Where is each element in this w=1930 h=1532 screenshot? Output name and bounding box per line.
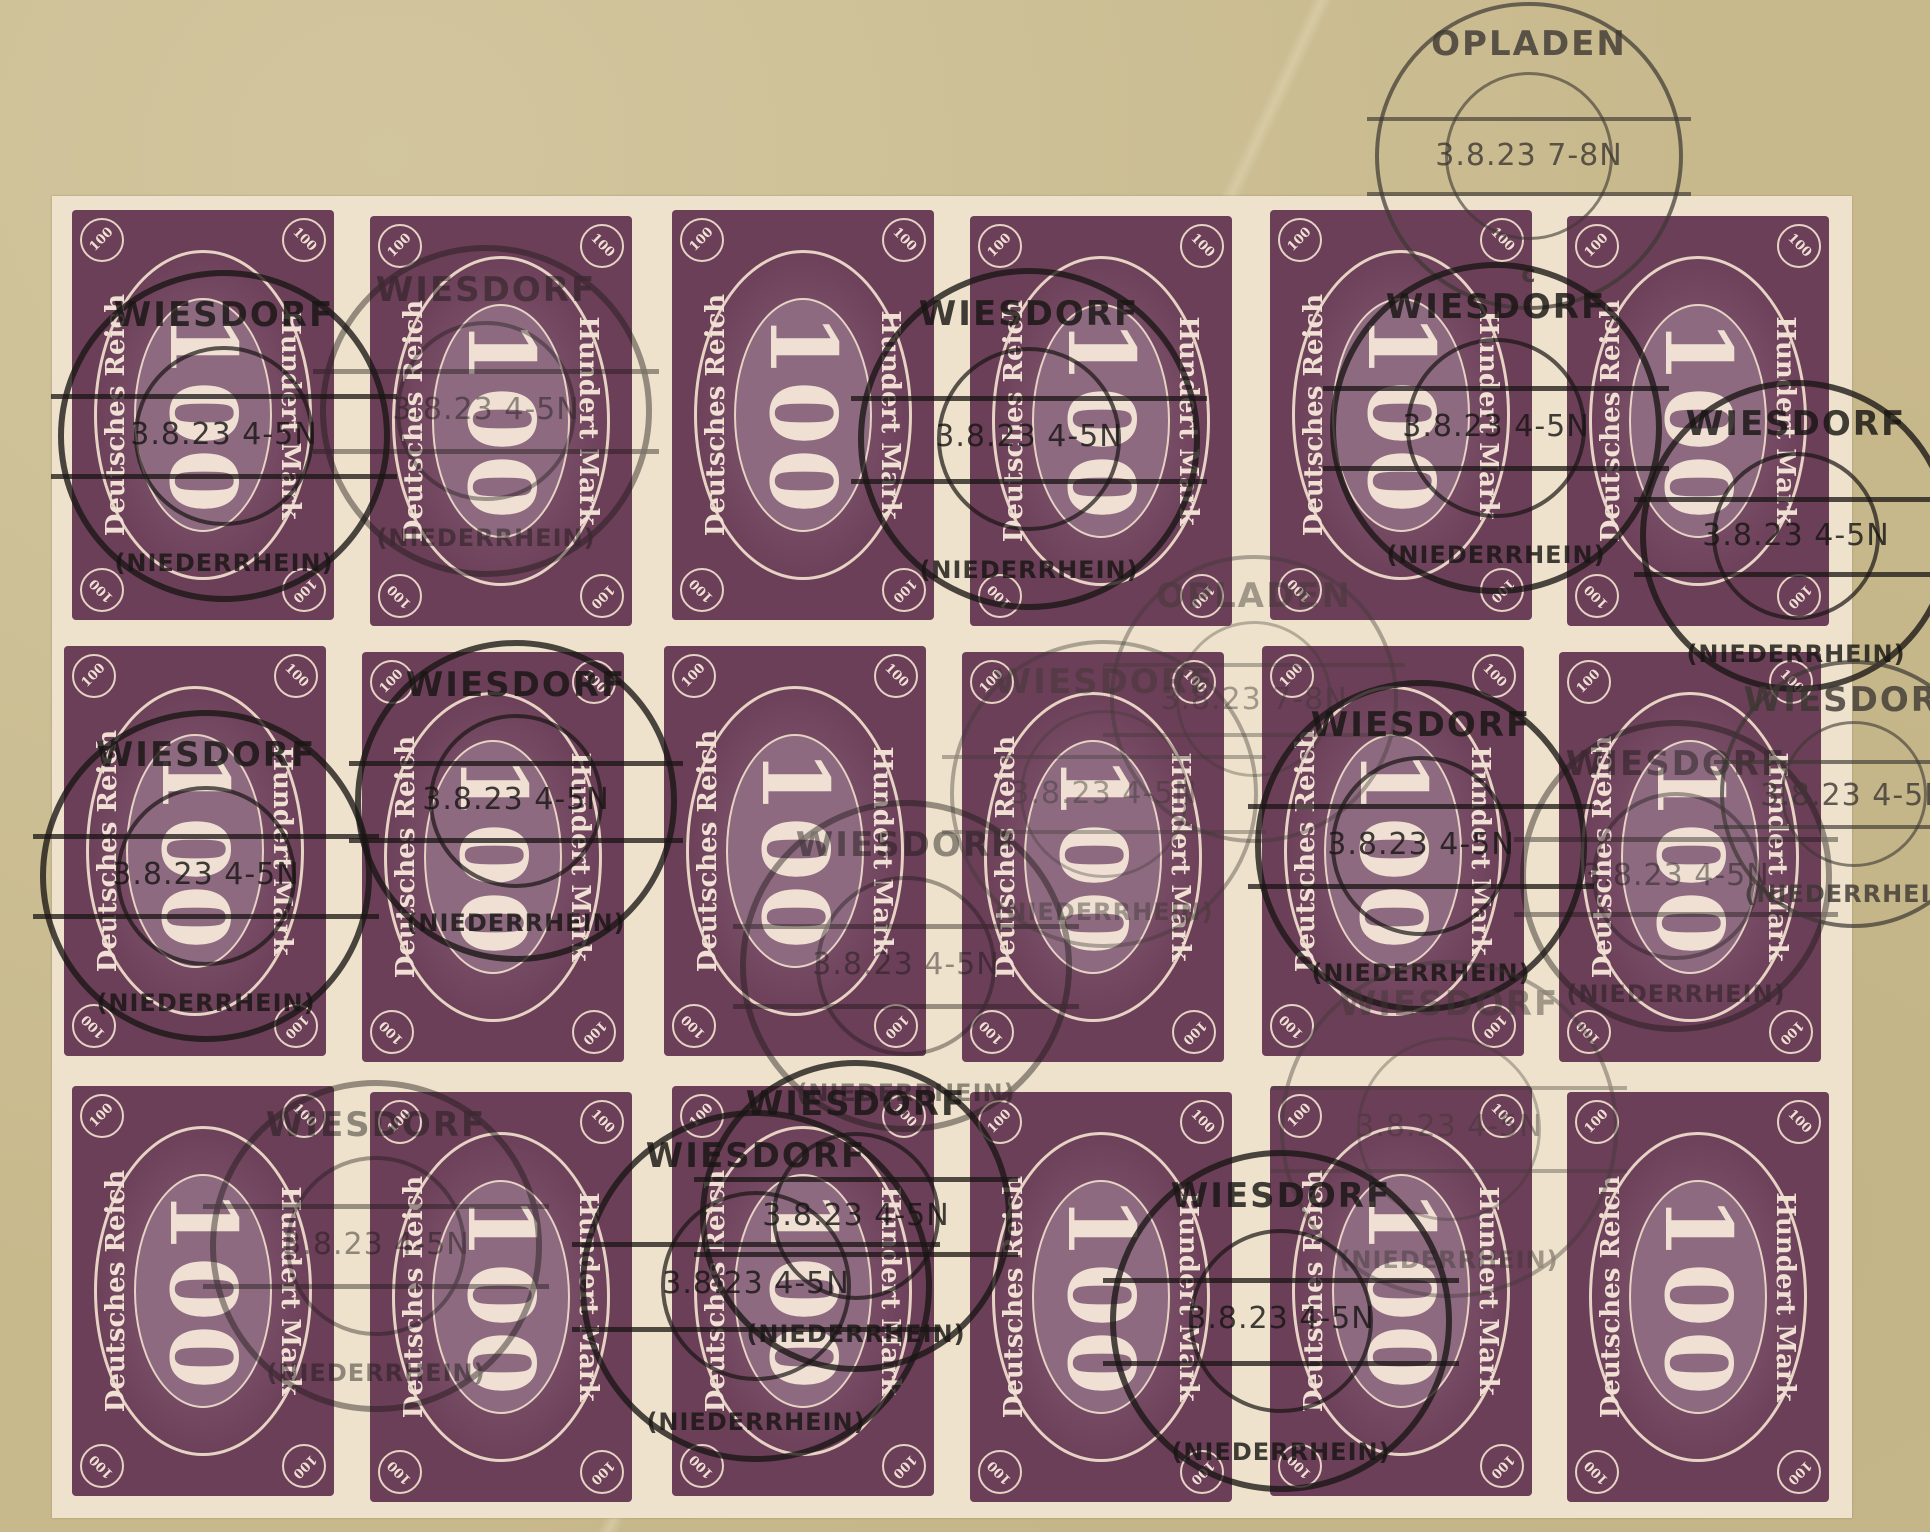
postmark-town: WIESDORF [1116,1176,1446,1216]
postmark-date: 3.8.23 4-5N [706,1198,1006,1233]
postmark-town: WIESDORF [361,665,671,705]
postmark-bar [694,1252,1018,1257]
postmark-date: 3.8.23 4-5N [46,857,366,892]
postmark: WIESDORF 3.8.23 4-5N (NIEDERRHEIN) [700,1060,1012,1372]
corner-value: 100 [672,559,733,620]
corner-value: 100 [1171,216,1232,277]
corner-value: 100 [1768,216,1829,277]
postmark-date: 3.8.23 4-5N [746,947,1066,982]
corner-value: 100 [72,1086,133,1147]
postmark: WIESDORF 3.8.23 4-5N (NIEDERRHEIN) [858,268,1200,610]
corner-value: 100 [1163,1001,1224,1062]
postmark-region: (NIEDERRHEIN) [954,898,1254,926]
corner-value: 100 [1559,652,1620,713]
postmark-bar [33,914,379,919]
corner-value: 100 [563,1001,624,1062]
postmark: WIESDORF 3.8.23 4-5N (NIEDERRHEIN) [355,640,677,962]
postmark-date: 3.8.23 4-5N [1336,409,1656,444]
postmark: WIESDORF 3.8.23 4-5N (NIEDERRHEIN) [950,640,1258,948]
corner-value: 100 [1567,1441,1628,1502]
postmark-bar [942,755,1266,759]
postmark-region: (NIEDERRHEIN) [1724,880,1930,908]
postmark: WIESDORF 3.8.23 4-5N (NIEDERRHEIN) [1720,660,1930,928]
postmark-town: WIESDORF [706,1084,1006,1124]
stamp-country-text: Deutsches Reich [101,1170,131,1412]
postmark-bar [1323,386,1669,391]
postmark-bar [1634,497,1930,502]
postmark-region: (NIEDERRHEIN) [361,909,671,937]
corner-value: 100 [72,210,133,271]
corner-value: 100 [571,1441,632,1502]
corner-value: 100 [273,1435,334,1496]
postmark-bar [733,1004,1079,1009]
corner-value: 100 [273,210,334,271]
postmark-bar [694,1177,1018,1182]
postmark: WIESDORF 3.8.23 4-5N (NIEDERRHEIN) [40,710,372,1042]
corner-value: 100 [64,646,125,707]
postmark-region: (NIEDERRHEIN) [64,549,384,577]
postmark-bar [203,1204,549,1209]
corner-value: 100 [1171,1092,1232,1153]
stamp-value: 100 [1644,1166,1752,1428]
postmark-town: WIESDORF [954,662,1254,702]
postmark: OPLADEN 3.8.23 7-8N c [1375,2,1683,310]
postmark-bar [1714,825,1930,829]
postmark-bar [33,834,379,839]
postmark-bar [1323,466,1669,471]
postmark-date: 3.8.23 4-5N [1116,1301,1446,1336]
postmark-date: 3.8.23 4-5N [864,419,1194,454]
postmark-region: (NIEDERRHEIN) [586,1408,926,1436]
postmark-region: (NIEDERRHEIN) [1336,541,1656,569]
postmark-region: (NIEDERRHEIN) [706,1320,1006,1348]
postmark: WIESDORF 3.8.23 4-5N (NIEDERRHEIN) [320,245,652,577]
postmark-region: (NIEDERRHEIN) [864,556,1194,584]
postmark-town: WIESDORF [46,735,366,775]
postmark-date: 3.8.23 4-5N [954,776,1254,811]
stamp-value: 100 [749,284,857,546]
postmark-bar [1367,117,1691,121]
postmark-date: 3.8.23 4-5N [1724,778,1930,813]
postmark-town: WIESDORF [326,270,646,310]
postmark-town: WIESDORF [1724,680,1930,720]
corner-value: 100 [1768,1441,1829,1502]
corner-value: 100 [865,646,926,707]
postmark-bar [1103,1278,1459,1283]
postmark-bar [313,449,659,454]
postmark-town: OPLADEN [1379,24,1679,64]
postmark-bar [1103,1361,1459,1366]
postmark-town: WIESDORF [1284,984,1614,1024]
corner-value: 100 [370,1441,431,1502]
corner-value: 100 [873,1435,934,1496]
corner-value: 100 [664,646,725,707]
corner-value: 100 [1270,210,1331,271]
postmark-date: 3.8.23 4-5N [216,1227,536,1262]
postmark-bar [1367,192,1691,196]
postmark-date: 3.8.23 4-5N [361,782,671,817]
postmark-bar [851,396,1207,401]
postmark-bar [1514,912,1838,917]
postmark-bar [1714,760,1930,764]
postmark-bar [349,761,684,766]
corner-value: 100 [362,1001,423,1062]
postmark-town: WIESDORF [1336,287,1656,327]
stamp-country-text: Deutsches Reich [1299,294,1329,536]
postmark-bar [313,369,659,374]
postmark-town: WIESDORF [216,1105,536,1145]
postmark: WIESDORF 3.8.23 4-5N (NIEDERRHEIN) [1640,380,1930,692]
corner-value: 100 [1760,1001,1821,1062]
postmark-date: 3.8.23 4-5N [1284,1109,1614,1144]
postmark-region: (NIEDERRHEIN) [1116,1438,1446,1466]
postmark: WIESDORF 3.8.23 4-5N (NIEDERRHEIN) [1330,262,1662,594]
corner-value: 100 [970,1441,1031,1502]
corner-value: 100 [571,216,632,277]
postmark: WIESDORF 3.8.23 4-5N (NIEDERRHEIN) [1110,1150,1452,1492]
postmark-bar [349,838,684,843]
corner-value: 100 [672,210,733,271]
postmark-region: (NIEDERRHEIN) [326,524,646,552]
postmark-bar [203,1284,549,1289]
postmark-town: WIESDORF [1646,404,1930,444]
stamp-country-text: Deutsches Reich [1596,1176,1626,1418]
corner-value: 100 [265,646,326,707]
postmark-bar [942,830,1266,834]
postmark-bar [851,479,1207,484]
postmark-region: (NIEDERRHEIN) [46,989,366,1017]
corner-value: 100 [1471,1435,1532,1496]
corner-value: 100 [664,995,725,1056]
postmark-region: (NIEDERRHEIN) [216,1359,536,1387]
postmark-town: WIESDORF [864,294,1194,334]
stamp-country-text: Deutsches Reich [693,730,723,972]
corner-value: 100 [873,210,934,271]
stamp-country-text: Deutsches Reich [701,294,731,536]
corner-value: 100 [72,1435,133,1496]
corner-value: 100 [1567,565,1628,626]
postmark: WIESDORF 3.8.23 4-5N (NIEDERRHEIN) [210,1080,542,1412]
corner-value: 100 [1768,1092,1829,1153]
postmark-bar [1634,572,1930,577]
postmark-date: 3.8.23 4-5N [326,392,646,427]
postmark-date: 3.8.23 7-8N [1379,138,1679,173]
postmark-date: 3.8.23 4-5N [1646,518,1930,553]
postmark-town: WIESDORF [1261,705,1581,745]
corner-value: 100 [571,565,632,626]
postmark-bar [1271,1086,1627,1090]
stamp-denomination-text: Hundert Mark [1770,1192,1800,1401]
